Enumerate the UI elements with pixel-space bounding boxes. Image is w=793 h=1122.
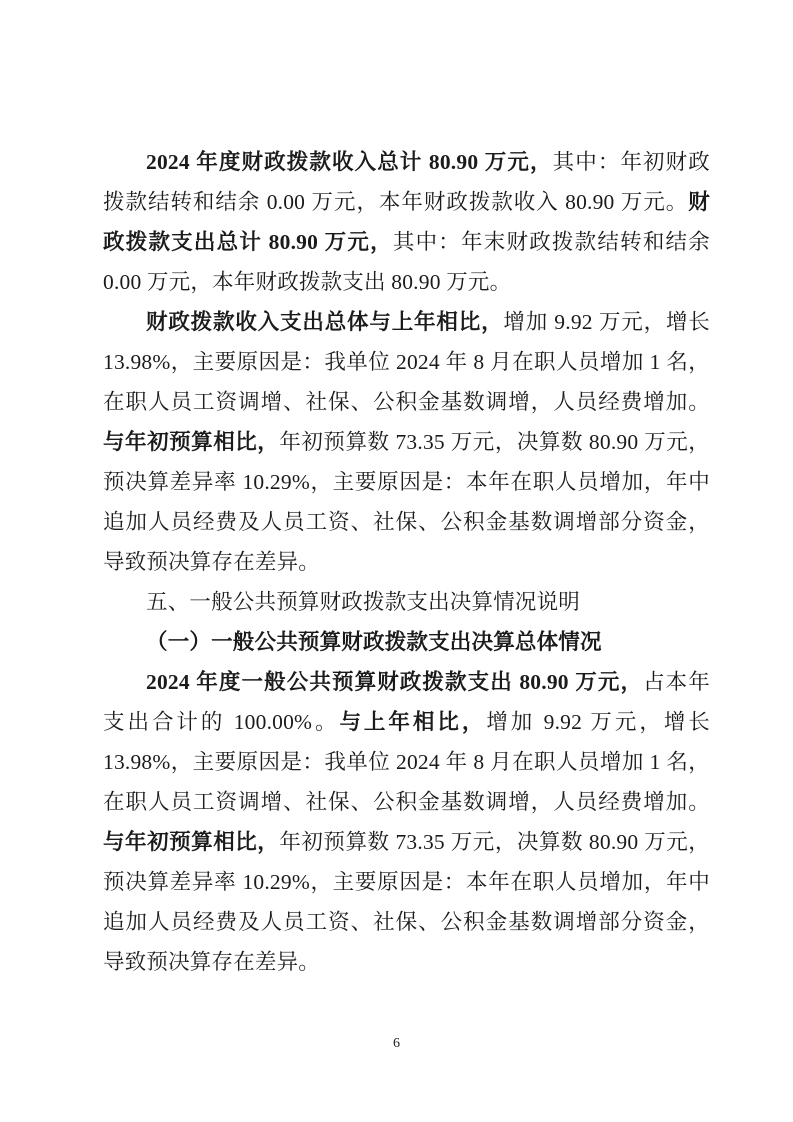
text-run: 2024 年度财政拨款收入总计 80.90 万元， xyxy=(146,150,553,174)
text-run: 2024 年度一般公共预算财政拨款支出 80.90 万元， xyxy=(146,670,643,694)
document-body: 2024 年度财政拨款收入总计 80.90 万元，其中：年初财政拨款结转和结余 … xyxy=(103,142,710,982)
text-run: 与年初预算相比， xyxy=(103,830,279,854)
document-page: 2024 年度财政拨款收入总计 80.90 万元，其中：年初财政拨款结转和结余 … xyxy=(0,0,793,1122)
page-footer: 6 xyxy=(0,1034,793,1054)
paragraph-general-budget: 2024 年度一般公共预算财政拨款支出 80.90 万元，占本年支出合计的 10… xyxy=(103,662,710,982)
subsection-heading: （一）一般公共预算财政拨款支出决算总体情况 xyxy=(103,622,710,662)
text-run: 财政拨款收入支出总体与上年相比， xyxy=(146,310,503,334)
paragraph-fiscal-total: 2024 年度财政拨款收入总计 80.90 万元，其中：年初财政拨款结转和结余 … xyxy=(103,142,710,302)
section-heading: 五、一般公共预算财政拨款支出决算情况说明 xyxy=(103,582,710,622)
page-number: 6 xyxy=(393,1036,400,1051)
paragraph-fiscal-comparison: 财政拨款收入支出总体与上年相比，增加 9.92 万元，增长 13.98%，主要原… xyxy=(103,302,710,582)
text-run: 与上年相比， xyxy=(339,710,486,734)
text-run: 与年初预算相比， xyxy=(103,430,279,454)
